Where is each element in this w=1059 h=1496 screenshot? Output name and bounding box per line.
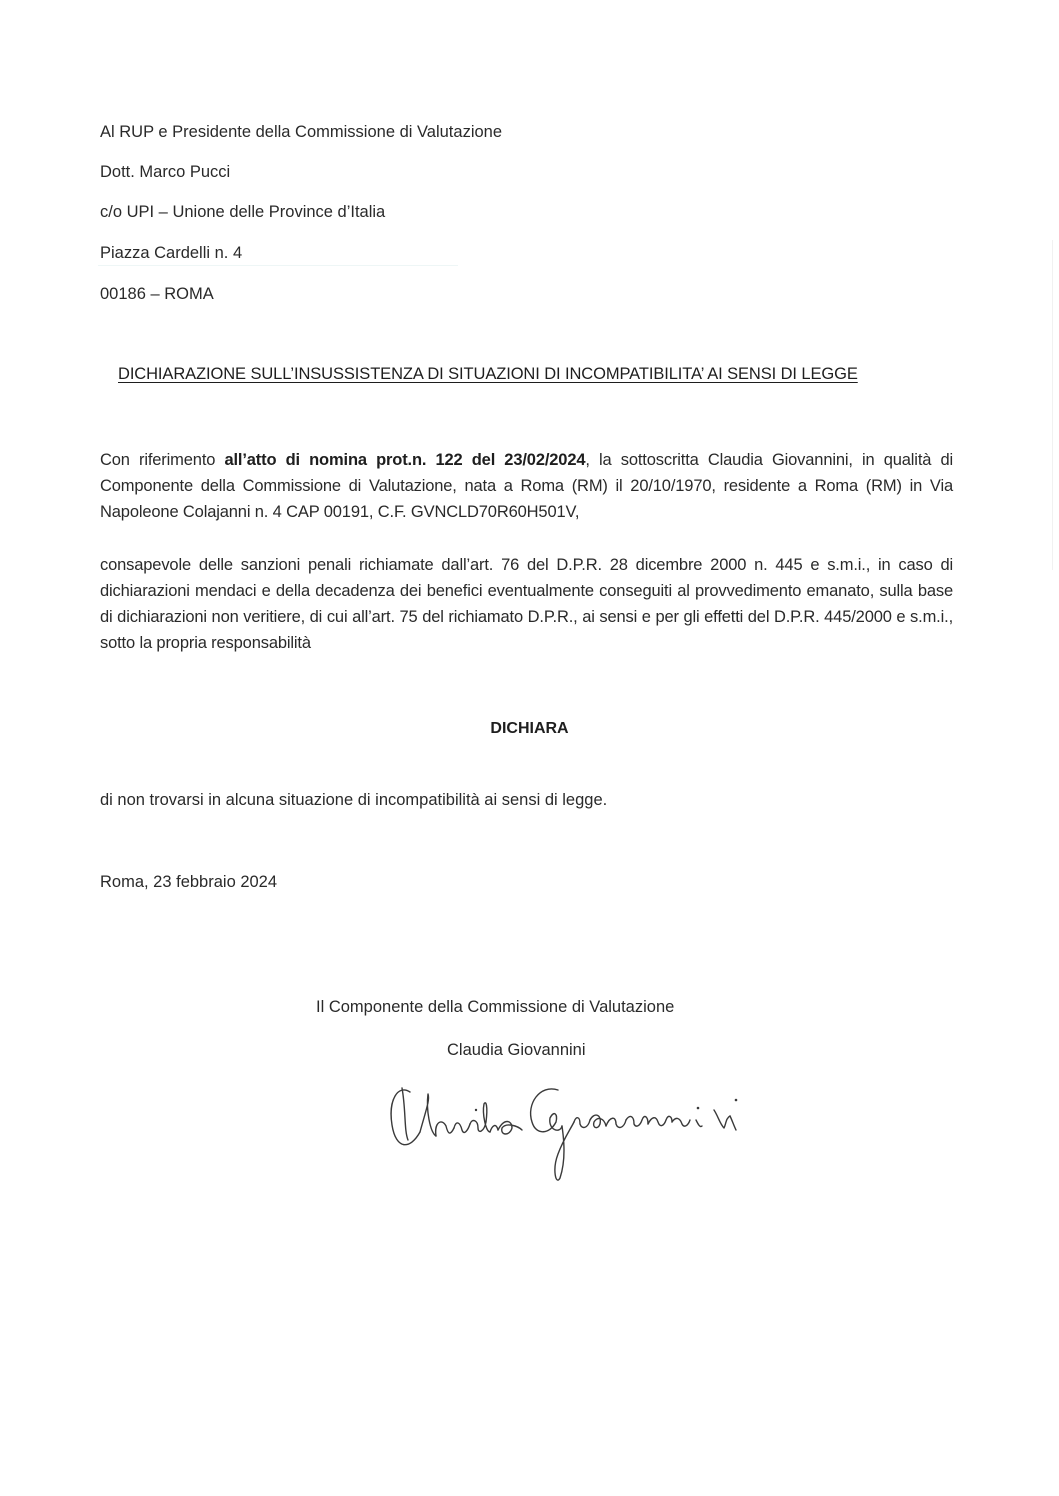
recipient-line: c/o UPI – Unione delle Province d’Italia [100,202,385,222]
scan-artifact [98,265,458,266]
declares-heading: DICHIARA [0,720,1059,738]
recipient-line: Al RUP e Presidente della Commissione di… [100,122,502,142]
document-title: DICHIARAZIONE SULL’INSUSSISTENZA DI SITU… [118,365,938,384]
declaration-text: di non trovarsi in alcuna situazione di … [100,790,607,810]
recipient-line: Piazza Cardelli n. 4 [100,243,242,263]
signatory-role: Il Componente della Commissione di Valut… [316,998,674,1017]
appointment-reference: all’atto di nomina prot.n. 122 del 23/02… [224,451,585,469]
recipient-line: Dott. Marco Pucci [100,162,230,182]
scan-artifact [1052,240,1053,570]
document-page: Al RUP e Presidente della Commissione di… [0,0,1059,1496]
reference-prefix: Con riferimento [100,451,224,469]
handwritten-signature-icon [380,1070,830,1190]
place-date: Roma, 23 febbraio 2024 [100,872,277,892]
reference-paragraph: Con riferimento all’atto di nomina prot.… [100,447,953,525]
signatory-name: Claudia Giovannini [447,1041,586,1060]
awareness-paragraph: consapevole delle sanzioni penali richia… [100,552,953,656]
recipient-line: 00186 – ROMA [100,284,214,304]
